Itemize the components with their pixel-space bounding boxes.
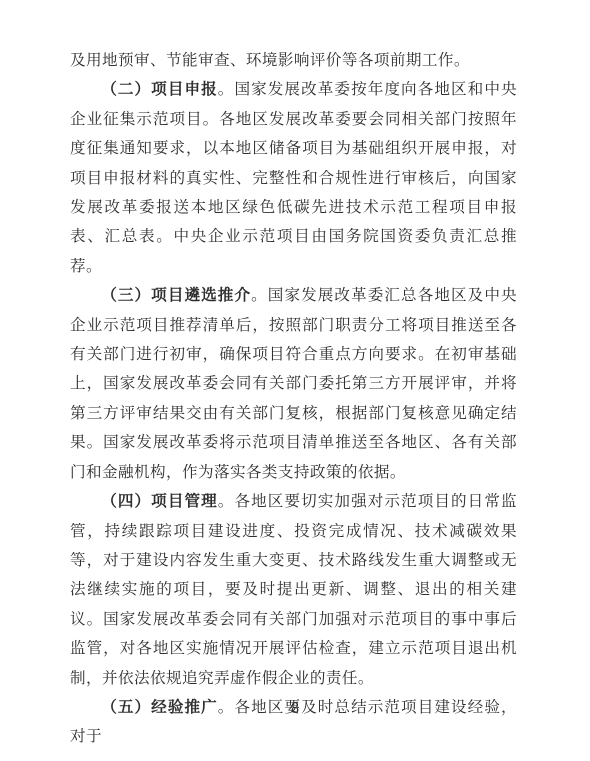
document-body-text: 及用地预审、节能审查、环境影响评价等各项前期工作。 （二）项目申报。国家发展改革… — [70, 46, 517, 752]
paragraph-text: 及用地预审、节能审查、环境影响评价等各项前期工作。 — [70, 52, 470, 69]
paragraph-project-selection: （三）项目遴选推介。国家发展改革委汇总各地区及中央企业示范项目推荐清单后，按照部… — [70, 281, 517, 487]
paragraph-project-application: （二）项目申报。国家发展改革委按年度向各地区和中央企业征集示范项目。各地区发展改… — [70, 75, 517, 281]
paragraph-text: 。国家发展改革委汇总各地区及中央企业示范项目推荐清单后，按照部门职责分工将项目推… — [70, 287, 517, 480]
paragraph-project-management: （四）项目管理。各地区要切实加强对示范项目的日常监管，持续跟踪项目建设进度、投资… — [70, 487, 517, 693]
paragraph-lead: （四）项目管理 — [101, 493, 218, 510]
paragraph-lead: （二）项目申报 — [101, 81, 218, 98]
paragraph-text: 。国家发展改革委按年度向各地区和中央企业征集示范项目。各地区发展改革委要会同相关… — [70, 81, 517, 274]
paragraph-continuation: 及用地预审、节能审查、环境影响评价等各项前期工作。 — [70, 46, 517, 75]
paragraph-lead: （三）项目遴选推介 — [101, 287, 251, 304]
paragraph-text: 。各地区要切实加强对示范项目的日常监管，持续跟踪项目建设进度、投资完成情况、技术… — [70, 493, 517, 686]
document-page: 及用地预审、节能审查、环境影响评价等各项前期工作。 （二）项目申报。国家发展改革… — [0, 0, 590, 761]
page-number: 8 — [0, 700, 590, 718]
